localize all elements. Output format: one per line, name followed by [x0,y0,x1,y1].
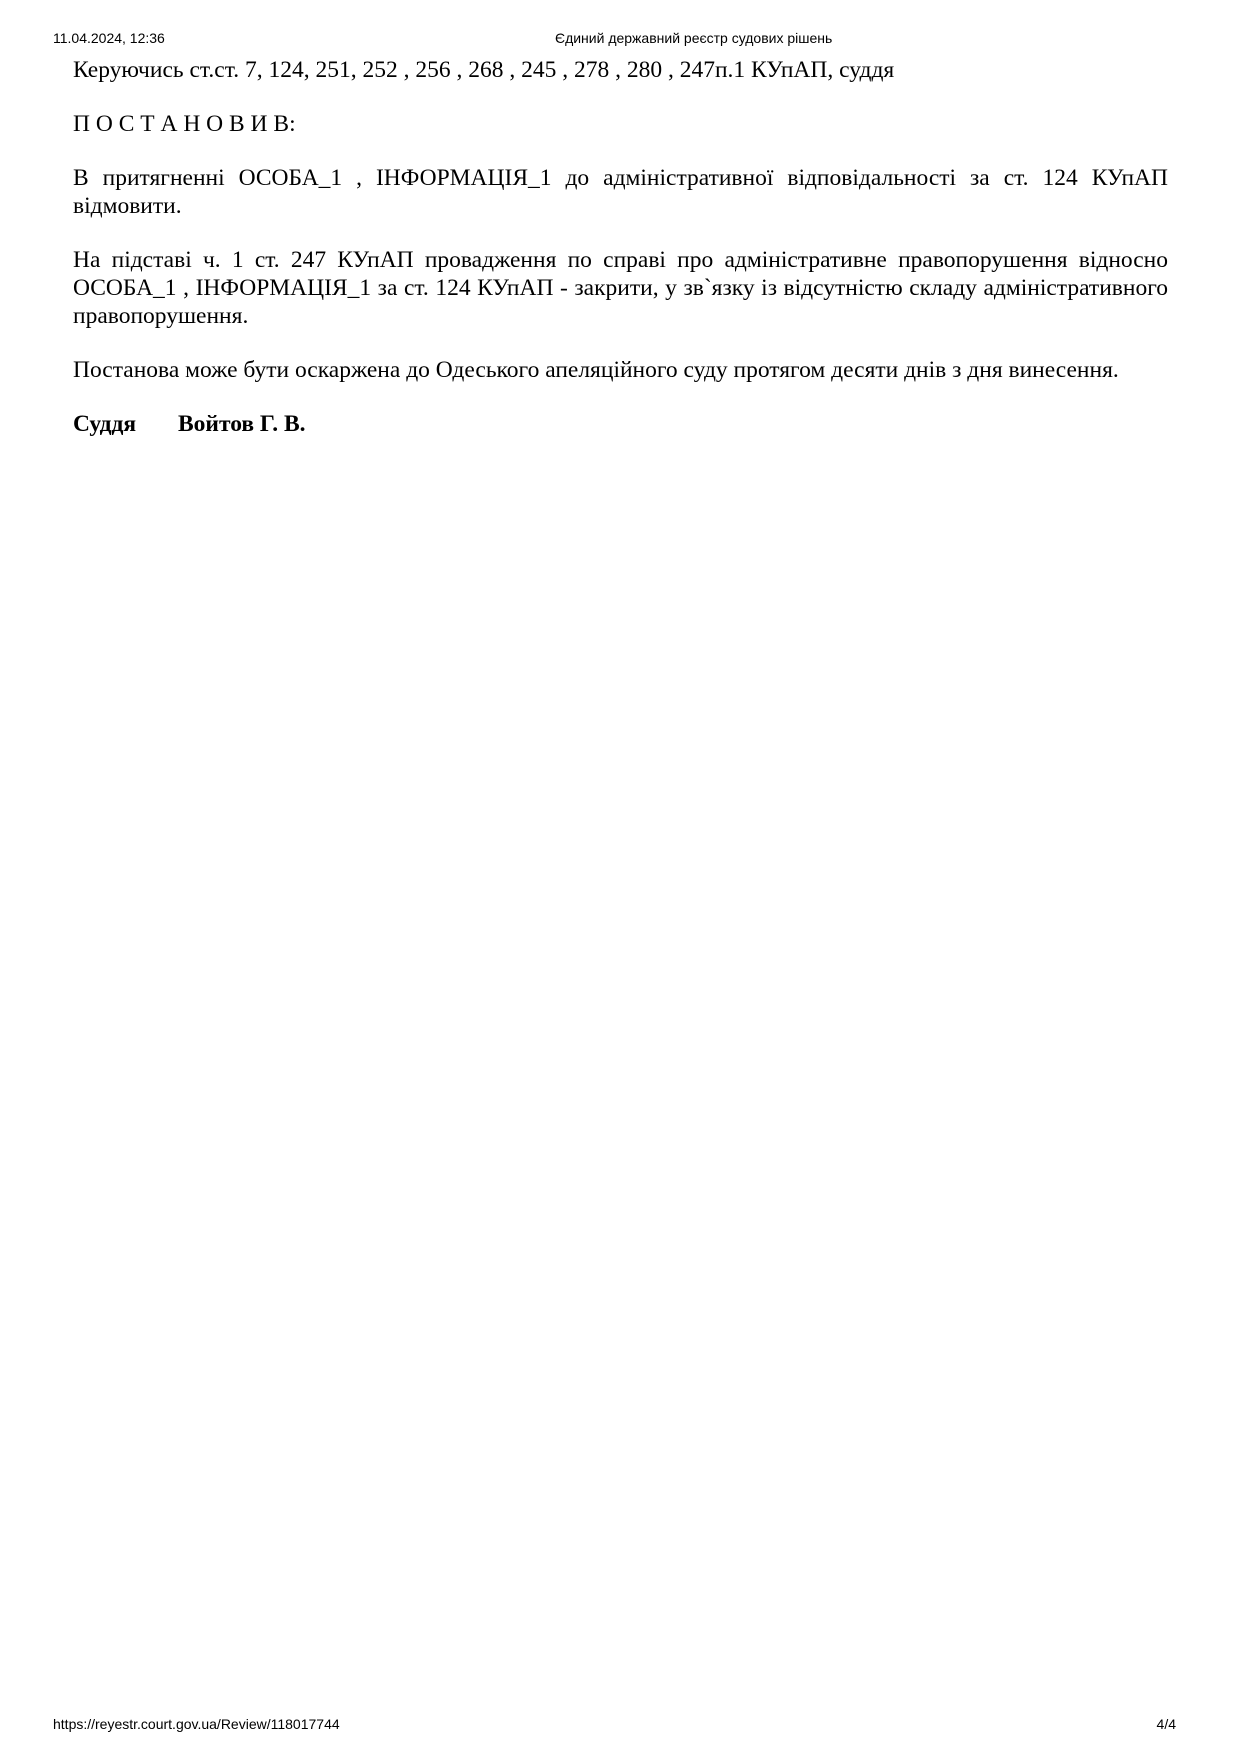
document-body: Керуючись ст.ст. 7, 124, 251, 252 , 256 … [73,56,1168,464]
source-url-link[interactable]: https://reyestr.court.gov.ua/Review/1180… [53,1716,340,1732]
resolution-paragraph-2: На підставі ч. 1 ст. 247 КУпАП проваджен… [73,246,1168,330]
site-title: Єдиний державний реєстр судових рішень [555,30,832,46]
judge-signature: СуддяВойтов Г. В. [73,410,1168,438]
signature-role: Суддя [73,410,178,438]
page-footer: https://reyestr.court.gov.ua/Review/1180… [0,1716,1240,1736]
print-datetime: 11.04.2024, 12:36 [53,30,165,46]
page-header: 11.04.2024, 12:36 Єдиний державний реєст… [0,30,1240,50]
resolution-heading: П О С Т А Н О В И В: [73,110,1168,138]
appeal-paragraph: Постанова може бути оскаржена до Одесько… [73,356,1168,384]
legal-basis-paragraph: Керуючись ст.ст. 7, 124, 251, 252 , 256 … [73,56,1168,84]
page-indicator: 4/4 [1157,1716,1176,1732]
resolution-paragraph-1: В притягненні ОСОБА_1 , ІНФОРМАЦІЯ_1 до … [73,164,1168,220]
judge-name: Войтов Г. В. [178,411,306,437]
